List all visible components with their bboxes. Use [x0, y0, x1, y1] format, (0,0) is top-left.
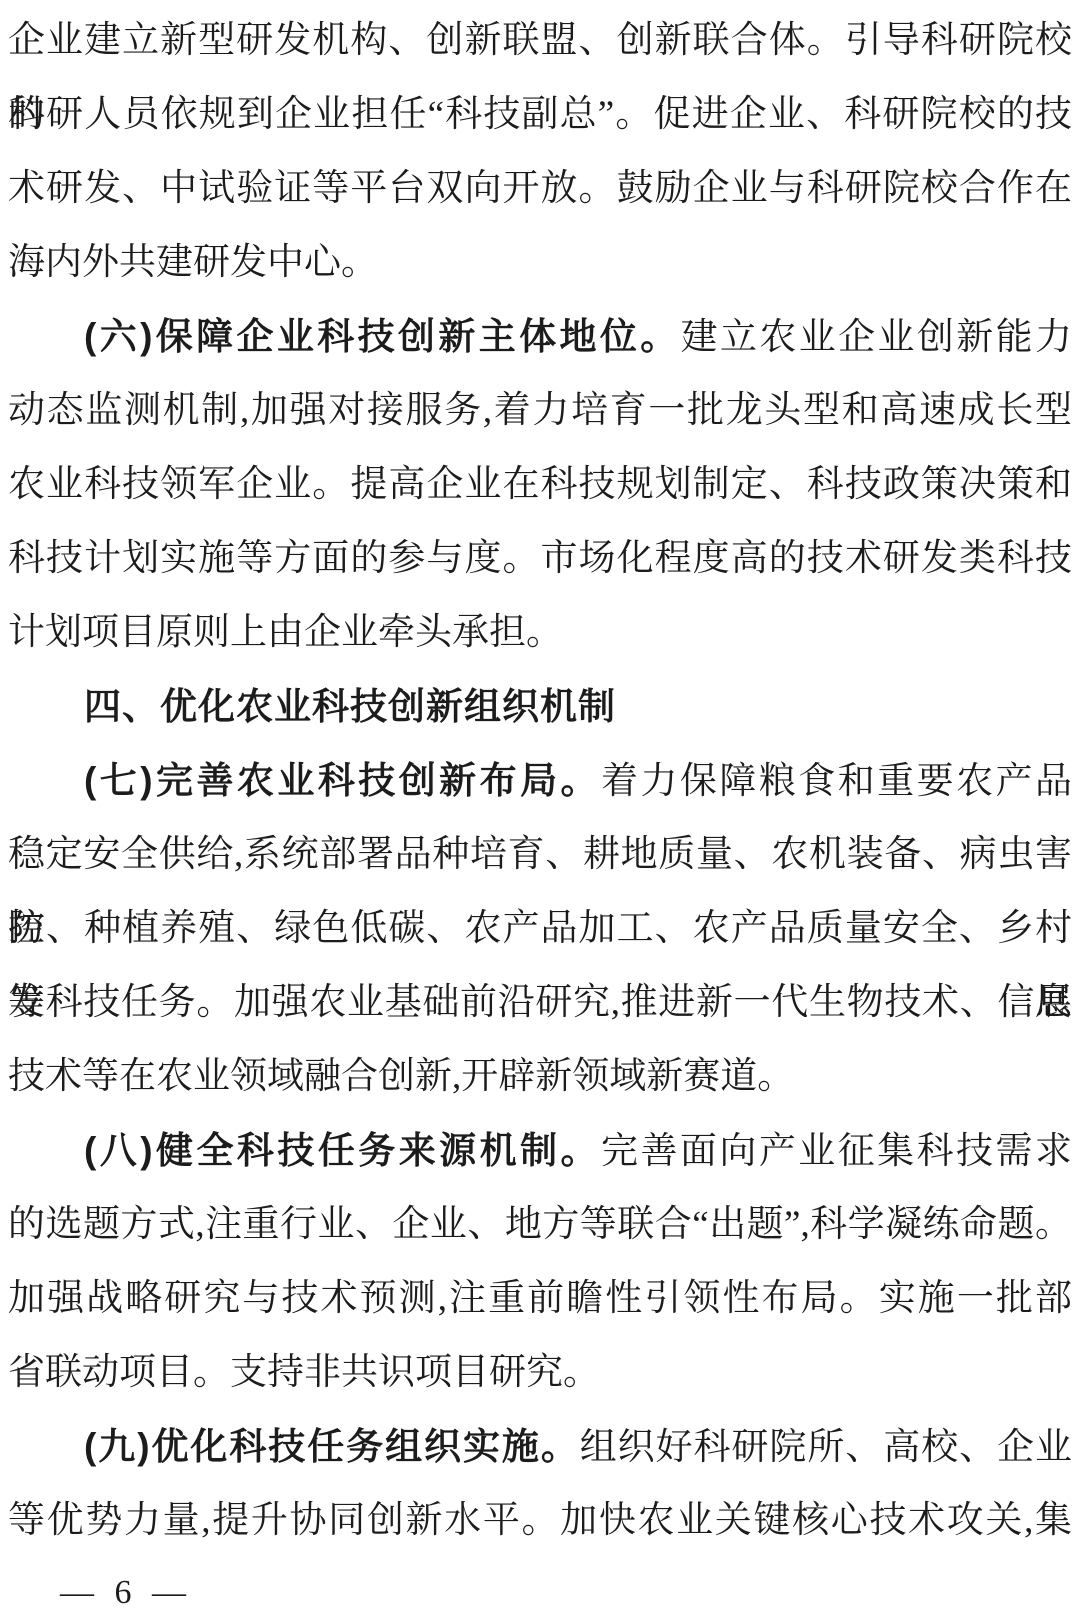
line-text: 等科技任务。加强农业基础前沿研究,推进新一代生物技术、信息: [8, 982, 1072, 1023]
text-line: 稳定安全供给,系统部署品种培育、耕地质量、农机装备、病虫害防: [8, 818, 1072, 892]
paragraph-lead-bold: (九)优化科技任务组织实施。: [84, 1426, 580, 1467]
text-line: 等优势力量,提升协同创新水平。加快农业关键核心技术攻关,集: [8, 1484, 1072, 1558]
line-text: 组织好科研院所、高校、企业: [580, 1427, 1072, 1468]
paragraph-lead-line: (八)健全科技任务来源机制。完善面向产业征集科技需求: [8, 1114, 1072, 1188]
text-line: 计划项目原则上由企业牵头承担。: [8, 596, 1072, 670]
text-line: 科研人员依规到企业担任“科技副总”。促进企业、科研院校的技: [8, 78, 1072, 152]
text-line: 科技计划实施等方面的参与度。市场化程度高的技术研发类科技: [8, 522, 1072, 596]
line-text: 技术等在农业领域融合创新,开辟新领域新赛道。: [8, 1056, 794, 1097]
line-text: 科研人员依规到企业担任“科技副总”。促进企业、科研院校的技: [8, 94, 1072, 135]
line-text: 动态监测机制,加强对接服务,着力培育一批龙头型和高速成长型: [8, 390, 1072, 431]
paragraph-lead-bold: (八)健全科技任务来源机制。: [84, 1130, 601, 1171]
line-text: 计划项目原则上由企业牵头承担。: [8, 612, 563, 653]
line-text: 海内外共建研发中心。: [8, 242, 378, 283]
paragraph-lead-bold: (七)完善农业科技创新布局。: [84, 760, 601, 801]
line-text: 建立农业企业创新能力: [681, 317, 1072, 358]
line-text: 着力保障粮食和重要农产品: [601, 761, 1072, 802]
text-line: 技术等在农业领域融合创新,开辟新领域新赛道。: [8, 1040, 1072, 1114]
text-line: 农业科技领军企业。提高企业在科技规划制定、科技政策决策和: [8, 448, 1072, 522]
line-text: 加强战略研究与技术预测,注重前瞻性引领性布局。实施一批部: [8, 1278, 1072, 1319]
line-text: 的选题方式,注重行业、企业、地方等联合“出题”,科学凝练命题。: [8, 1204, 1072, 1245]
text-line: 省联动项目。支持非共识项目研究。: [8, 1336, 1072, 1410]
paragraph-lead-line: (六)保障企业科技创新主体地位。建立农业企业创新能力: [8, 300, 1072, 374]
line-text: 等优势力量,提升协同创新水平。加快农业关键核心技术攻关,集: [8, 1500, 1072, 1541]
text-line: 动态监测机制,加强对接服务,着力培育一批龙头型和高速成长型: [8, 374, 1072, 448]
text-line: 控、种植养殖、绿色低碳、农产品加工、农产品质量安全、乡村发展: [8, 892, 1072, 966]
line-text: 完善面向产业征集科技需求: [601, 1131, 1072, 1172]
text-line: 等科技任务。加强农业基础前沿研究,推进新一代生物技术、信息: [8, 966, 1072, 1040]
document-page: 企业建立新型研发机构、创新联盟、创新联合体。引导科研院校的 科研人员依规到企业担…: [0, 0, 1080, 1616]
text-line: 加强战略研究与技术预测,注重前瞻性引领性布局。实施一批部: [8, 1262, 1072, 1336]
text-line: 的选题方式,注重行业、企业、地方等联合“出题”,科学凝练命题。: [8, 1188, 1072, 1262]
paragraph-lead-line: (九)优化科技任务组织实施。组织好科研院所、高校、企业: [8, 1410, 1072, 1484]
text-line: 企业建立新型研发机构、创新联盟、创新联合体。引导科研院校的: [8, 4, 1072, 78]
chapter-heading-text: 四、优化农业科技创新组织机制: [84, 686, 616, 727]
text-line: 海内外共建研发中心。: [8, 226, 1072, 300]
chapter-heading: 四、优化农业科技创新组织机制: [8, 670, 1072, 744]
line-text: 术研发、中试验证等平台双向开放。鼓励企业与科研院校合作在: [8, 168, 1072, 209]
paragraph-lead-bold: (六)保障企业科技创新主体地位。: [84, 316, 681, 357]
page-number: — 6 —: [8, 1564, 1072, 1616]
line-text: 省联动项目。支持非共识项目研究。: [8, 1352, 600, 1393]
line-text: 农业科技领军企业。提高企业在科技规划制定、科技政策决策和: [8, 464, 1072, 505]
text-line: 术研发、中试验证等平台双向开放。鼓励企业与科研院校合作在: [8, 152, 1072, 226]
line-text: 科技计划实施等方面的参与度。市场化程度高的技术研发类科技: [8, 538, 1072, 579]
paragraph-lead-line: (七)完善农业科技创新布局。着力保障粮食和重要农产品: [8, 744, 1072, 818]
